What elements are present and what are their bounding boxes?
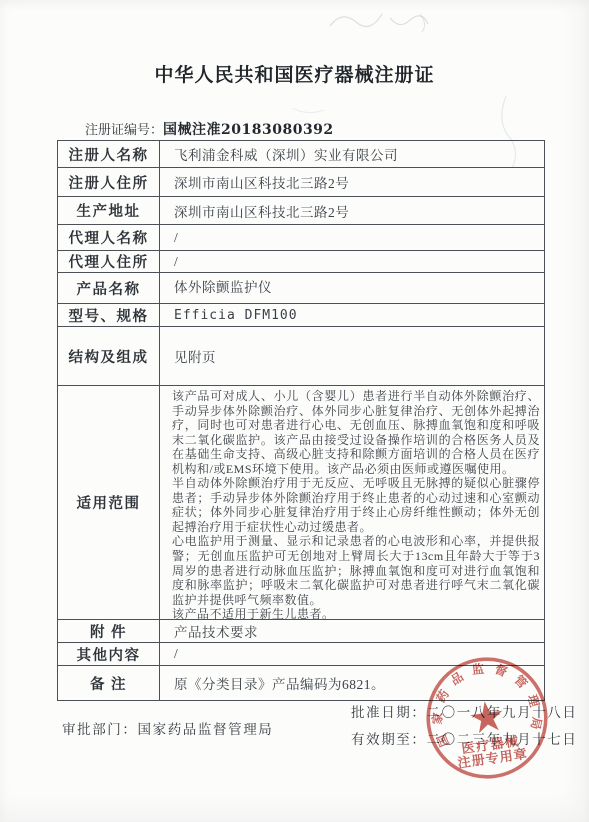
official-seal-stamp: 国家药品监督管理局 ★ 医疗器械 注册专用章 [416, 647, 558, 789]
row-value: 深圳市南山区科技北三路2号 [160, 168, 544, 196]
page-title: 中华人民共和国医疗器械注册证 [0, 60, 589, 87]
cert-number-line: 注册证编号：国械注准20183080392 [85, 119, 334, 139]
row-label: 其他内容 [58, 643, 160, 665]
row-label: 型号、规格 [58, 304, 160, 326]
row-value: 见附页 [160, 327, 544, 385]
row-value: 飞利浦金科威（深圳）实业有限公司 [160, 141, 544, 167]
row-value: Efficia DFM100 [160, 304, 544, 326]
table-row-agent-address: 代理人住所 / [58, 251, 544, 273]
table-row-attachment: 附 件 产品技术要求 [58, 620, 544, 643]
row-value: 产品技术要求 [160, 620, 544, 642]
table-row-registrant-name: 注册人名称 飞利浦金科威（深圳）实业有限公司 [58, 141, 544, 168]
cert-number-value: 国械注准20183080392 [163, 122, 334, 138]
row-label: 代理人名称 [58, 225, 160, 250]
table-row-production-address: 生产地址 深圳市南山区科技北三路2号 [58, 197, 544, 225]
table-row-agent-name: 代理人名称 / [58, 225, 544, 251]
row-label: 产品名称 [58, 273, 160, 303]
row-label: 注册人住所 [58, 168, 160, 196]
table-row-structure: 结构及组成 见附页 [58, 327, 544, 386]
row-label: 结构及组成 [58, 327, 160, 385]
row-label: 备 注 [58, 666, 160, 700]
table-row-registrant-address: 注册人住所 深圳市南山区科技北三路2号 [58, 168, 544, 197]
row-label: 代理人住所 [58, 251, 160, 272]
row-value: 深圳市南山区科技北三路2号 [160, 197, 544, 224]
scope-paragraph: 半自动体外除颤治疗用于无反应、无呼吸且无脉搏的疑似心脏骤停患者；手动异步体外除颤… [172, 476, 540, 534]
row-value: 该产品可对成人、小儿（含婴儿）患者进行半自动体外除颤治疗、手动异步体外除颤治疗、… [160, 386, 544, 619]
table-row-scope-of-application: 适用范围 该产品可对成人、小儿（含婴儿）患者进行半自动体外除颤治疗、手动异步体外… [58, 386, 544, 620]
row-value: / [160, 225, 544, 250]
certificate-table: 注册人名称 飞利浦金科威（深圳）实业有限公司 注册人住所 深圳市南山区科技北三路… [57, 140, 545, 701]
table-row-model-spec: 型号、规格 Efficia DFM100 [58, 304, 544, 327]
row-label: 附 件 [58, 620, 160, 642]
row-label: 注册人名称 [58, 141, 160, 167]
row-value: 体外除颤监护仪 [160, 273, 544, 303]
row-value: / [160, 251, 544, 272]
row-label: 适用范围 [58, 386, 160, 619]
table-row-product-name: 产品名称 体外除颤监护仪 [58, 273, 544, 304]
certificate-page: 中华人民共和国医疗器械注册证 注册证编号：国械注准20183080392 注册人… [0, 0, 589, 822]
approval-department: 审批部门：国家药品监督管理局 [62, 718, 273, 738]
scope-paragraph: 心电监护用于测量、显示和记录患者的心电波形和心率，并提供报警；无创血压监护可无创… [172, 534, 540, 607]
row-label: 生产地址 [58, 197, 160, 224]
scope-paragraph: 该产品可对成人、小儿（含婴儿）患者进行半自动体外除颤治疗、手动异步体外除颤治疗、… [172, 389, 540, 476]
cert-number-label: 注册证编号： [85, 122, 163, 137]
